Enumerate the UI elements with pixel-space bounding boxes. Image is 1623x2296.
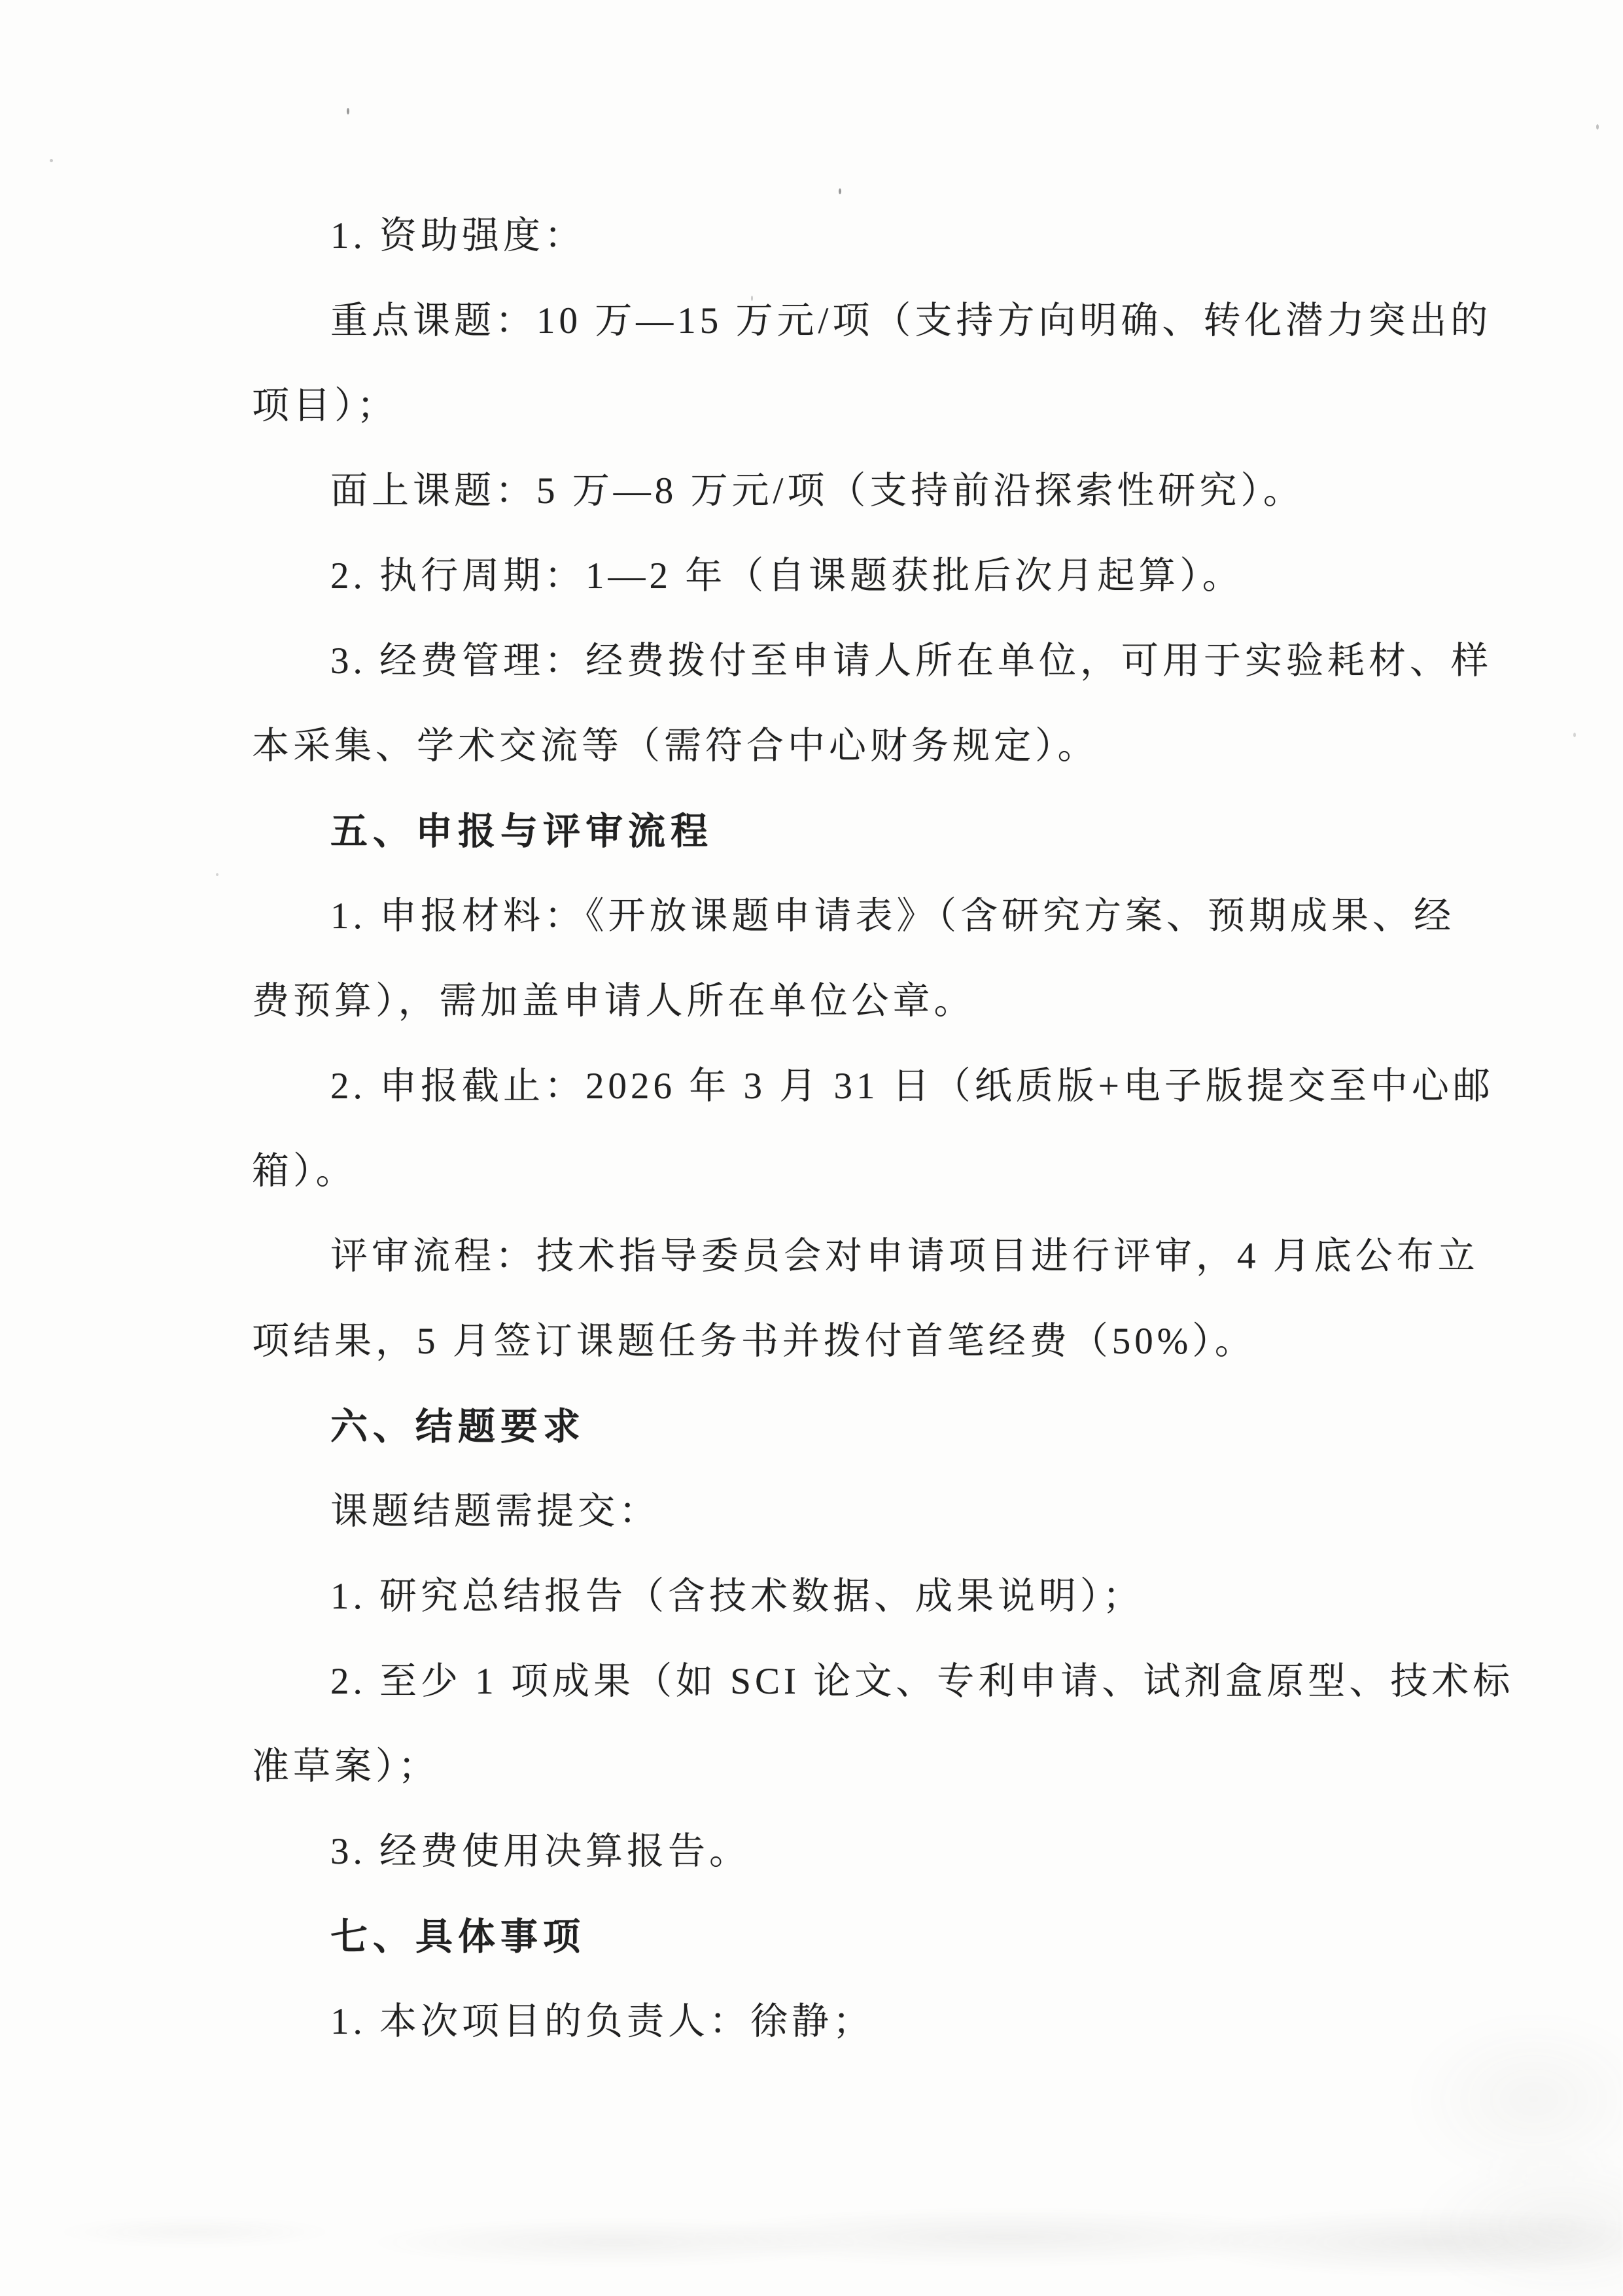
scan-speck — [1596, 124, 1599, 130]
scan-speck — [839, 188, 841, 194]
scan-speck — [751, 296, 753, 301]
text-line-execution-period: 2. 执行周期：1—2 年（自课题获批后次月起算）。 — [252, 534, 1380, 619]
text-line-fund-management-2: 本采集、学术交流等（需符合中心财务规定）。 — [252, 704, 1380, 789]
text-line-key-project-2: 项目）； — [252, 364, 1380, 449]
text-line-fund-management-1: 3. 经费管理：经费拨付至申请人所在单位，可用于实验耗材、样 — [252, 619, 1380, 704]
text-line-funding-strength-label: 1. 资助强度： — [252, 194, 1380, 279]
text-line-closing-item-1: 1. 研究总结报告（含技术数据、成果说明）； — [252, 1554, 1380, 1639]
section-heading-5-application-review: 五、申报与评审流程 — [252, 789, 1380, 874]
text-line-application-materials-1: 1. 申报材料：《开放课题申请表》（含研究方案、预期成果、经 — [252, 874, 1380, 959]
text-line-application-deadline-2: 箱）。 — [252, 1129, 1380, 1214]
text-line-application-deadline-1: 2. 申报截止：2026 年 3 月 31 日（纸质版+电子版提交至中心邮 — [252, 1044, 1380, 1129]
section-heading-6-closing-requirements: 六、结题要求 — [252, 1384, 1380, 1469]
text-line-general-project: 面上课题：5 万—8 万元/项（支持前沿探索性研究）。 — [252, 449, 1380, 534]
document-body: 1. 资助强度： 重点课题：10 万—15 万元/项（支持方向明确、转化潜力突出… — [252, 194, 1380, 2064]
text-line-review-process-2: 项结果，5 月签订课题任务书并拨付首笔经费（50%）。 — [252, 1299, 1380, 1384]
scan-speck — [216, 873, 218, 876]
document-page: 1. 资助强度： 重点课题：10 万—15 万元/项（支持方向明确、转化潜力突出… — [0, 0, 1623, 2296]
scan-noise-corner — [1217, 2015, 1623, 2296]
text-line-closing-item-2b: 准草案）； — [252, 1724, 1380, 1809]
text-line-closing-intro: 课题结题需提交： — [252, 1469, 1380, 1554]
text-line-project-leader: 1. 本次项目的负责人：徐静； — [252, 1979, 1380, 2064]
text-line-key-project-1: 重点课题：10 万—15 万元/项（支持方向明确、转化潜力突出的 — [252, 279, 1380, 364]
section-heading-7-specific-matters: 七、具体事项 — [252, 1894, 1380, 1979]
scan-speck — [50, 159, 53, 162]
text-line-closing-item-3: 3. 经费使用决算报告。 — [252, 1809, 1380, 1894]
scan-speck — [347, 108, 349, 114]
scan-speck — [1573, 733, 1576, 737]
text-line-closing-item-2a: 2. 至少 1 项成果（如 SCI 论文、专利申请、试剂盒原型、技术标 — [252, 1639, 1380, 1724]
text-line-application-materials-2: 费预算），需加盖申请人所在单位公章。 — [252, 959, 1380, 1044]
text-line-review-process-1: 评审流程：技术指导委员会对申请项目进行评审，4 月底公布立 — [252, 1214, 1380, 1299]
scan-speck — [959, 1583, 961, 1587]
